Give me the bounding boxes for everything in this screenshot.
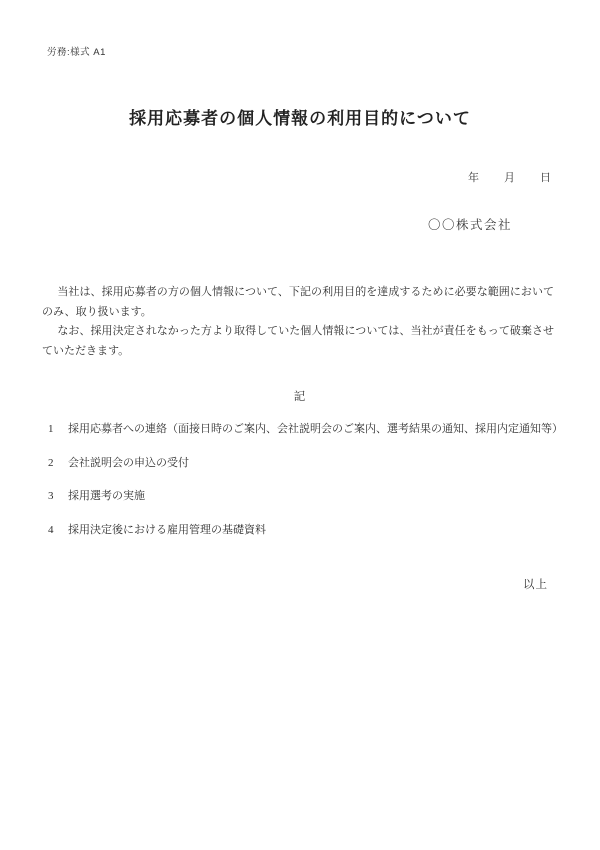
list-item: 3 採用選考の実施 <box>48 489 572 504</box>
item-number: 1 <box>48 422 68 437</box>
body-paragraphs: 当社は、採用応募者の方の個人情報について、下記の利用目的を達成するために必要な範… <box>42 283 554 361</box>
company-name: 〇〇株式会社 <box>428 215 512 233</box>
document-title: 採用応募者の個人情報の利用目的について <box>0 104 600 129</box>
item-text: 会社説明会の申込の受付 <box>68 456 572 471</box>
list-item: 1 採用応募者への連絡（面接日時のご案内、会社説明会のご案内、選考結果の通知、採… <box>48 422 572 437</box>
item-text: 採用選考の実施 <box>68 489 572 504</box>
paragraph-handling-policy: 当社は、採用応募者の方の個人情報について、下記の利用目的を達成するために必要な範… <box>42 283 554 322</box>
form-code-label: 労務:様式 A1 <box>47 44 106 58</box>
purpose-list: 1 採用応募者への連絡（面接日時のご案内、会社説明会のご案内、選考結果の通知、採… <box>48 422 572 556</box>
item-number: 2 <box>48 456 68 471</box>
list-item: 2 会社説明会の申込の受付 <box>48 456 572 471</box>
closing-marker: 以上 <box>523 576 548 592</box>
section-marker-ki: 記 <box>0 388 600 404</box>
list-item: 4 採用決定後における雇用管理の基礎資料 <box>48 523 572 538</box>
item-text: 採用決定後における雇用管理の基礎資料 <box>68 523 572 538</box>
item-number: 4 <box>48 523 68 538</box>
item-text: 採用応募者への連絡（面接日時のご案内、会社説明会のご案内、選考結果の通知、採用内… <box>68 422 572 437</box>
paragraph-disposal-policy: なお、採用決定されなかった方より取得していた個人情報については、当社が責任をもっ… <box>42 322 554 361</box>
item-number: 3 <box>48 489 68 504</box>
document-page: 労務:様式 A1 採用応募者の個人情報の利用目的について 年 月 日 〇〇株式会… <box>0 0 600 850</box>
date-placeholder: 年 月 日 <box>468 169 552 185</box>
